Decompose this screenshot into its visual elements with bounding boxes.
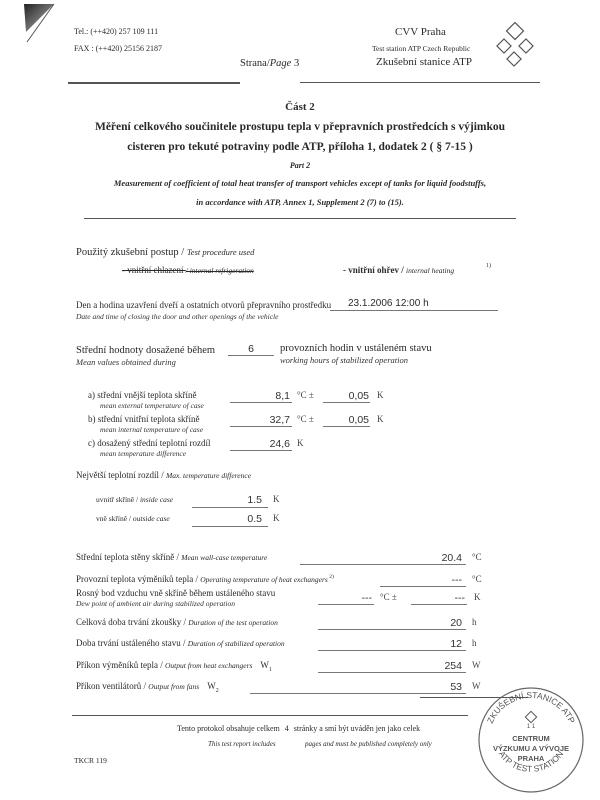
max-diff-row-underline — [192, 507, 268, 508]
footer-note-cz: Tento protokol obsahuje celkem 4 stránky… — [177, 724, 420, 733]
header-divider-right — [300, 82, 540, 83]
measurement-value: --- — [318, 592, 372, 604]
org-sub: Test station ATP Czech Republic — [372, 44, 470, 53]
max-diff-row-value: 0.5 — [192, 513, 262, 525]
max-diff-label: Největší teplotní rozdíl / Max. temperat… — [76, 470, 251, 480]
measurement-underline — [250, 693, 466, 694]
mean-values-label-en: Mean values obtained during — [76, 357, 176, 367]
measurement-label: Celková doba trvání zkoušky / Duration o… — [76, 617, 278, 627]
mean-row-label-cz: a) střední vnější teplota skříně — [88, 390, 196, 400]
closing-value: 23.1.2006 12:00 h — [348, 298, 429, 309]
part-title-en: Part 2 — [0, 161, 600, 170]
org-name: CVV Praha — [395, 26, 446, 38]
mean-row-underline — [230, 450, 292, 451]
title-line1-en: Measurement of coefficient of total heat… — [0, 178, 600, 188]
max-diff-row-unit: K — [273, 513, 280, 523]
mean-row-unit: K — [297, 438, 304, 448]
svg-text:PRAHA: PRAHA — [518, 754, 545, 763]
mean-row-label-en: mean external temperature of case — [100, 401, 204, 410]
measurement-value: 20.4 — [300, 552, 462, 564]
measurement-underline — [318, 650, 466, 651]
diamond-logo-icon — [495, 22, 537, 74]
measurement-unit: W — [472, 660, 481, 670]
part-title-cz: Část 2 — [0, 101, 600, 113]
mean-row-tolerance-underline — [323, 402, 370, 403]
max-diff-row-underline — [192, 526, 268, 527]
mean-hours-value: 6 — [228, 343, 274, 355]
measurement-tolerance-unit: K — [474, 592, 481, 602]
mean-row-value: 8,1 — [230, 390, 290, 402]
mean-row-value: 24,6 — [230, 438, 290, 450]
measurement-underline — [318, 604, 374, 605]
measurement-underline — [300, 564, 466, 565]
footnote-1: 1) — [486, 263, 491, 269]
mean-hours-underline — [228, 355, 274, 356]
measurement-label: Provozní teplota výměníků tepla / Operat… — [76, 574, 334, 584]
mean-row-tolerance: 0,05 — [323, 390, 369, 402]
measurement-tolerance-underline — [411, 604, 467, 605]
closing-underline — [330, 310, 498, 311]
measurement-label-cz: Rosný bod vzduchu vně skříně během ustál… — [76, 588, 275, 598]
procedure-option-refrigeration: - vnitřní chlazení / internal refrigerat… — [122, 265, 254, 275]
title-line2-en: in accordance with ATP, Annex 1, Supplem… — [0, 197, 600, 207]
measurement-tolerance: --- — [411, 592, 465, 604]
measurement-underline — [318, 672, 466, 673]
footer-note-en-b: pages and must be published completely o… — [305, 740, 432, 748]
measurement-unit: °C — [472, 574, 482, 584]
mean-values-label-cz: Střední hodnoty dosažené během — [76, 345, 215, 356]
footer-note-en-a: This test report includes — [208, 740, 276, 748]
header-tel: Tel.: (++420) 257 109 111 — [74, 27, 158, 36]
measurement-label: Střední teplota stěny skříně / Mean wall… — [76, 552, 267, 562]
header-fax: FAX : (++420) 25156 2187 — [74, 44, 162, 53]
procedure-option-heating: - vnitřní ohřev / internal heating — [343, 265, 454, 275]
svg-text:VÝZKUMU A VÝVOJE: VÝZKUMU A VÝVOJE — [493, 744, 569, 753]
measurement-value: 12 — [318, 638, 462, 650]
mean-row-label-cz: b) střední vnitřní teplota skříně — [88, 414, 199, 424]
mean-row-unit: °C ± — [297, 390, 314, 400]
mean-row-unit: °C ± — [297, 414, 314, 424]
page-number: Strana/Page 3 — [240, 58, 299, 69]
title-line2-cz: cisteren pro tekuté potraviny podle ATP,… — [0, 141, 600, 153]
mean-row-underline — [230, 402, 292, 403]
measurement-underline — [318, 629, 466, 630]
official-stamp: ZKUŠEBNÍ STANICE ATP ATP TEST STATION 1 … — [475, 684, 587, 796]
max-diff-row-label: uvnitř skříně / inside case — [96, 495, 173, 504]
measurement-label: Příkon výměníků tepla / Output from heat… — [76, 660, 272, 673]
document-code: TKCR 119 — [74, 756, 107, 765]
measurement-unit: °C — [472, 552, 482, 562]
corner-logo-icon — [22, 2, 58, 44]
measurement-value: 20 — [318, 617, 462, 629]
mean-row-label-en: mean temperature difference — [100, 449, 186, 458]
max-diff-row-unit: K — [273, 494, 280, 504]
svg-text:1 1: 1 1 — [527, 724, 536, 730]
measurement-unit: h — [472, 638, 477, 648]
measurement-label: Doba trvání ustáleného stavu / Duration … — [76, 638, 285, 648]
mean-values-suffix-cz: provozních hodin v ustáleném stavu — [280, 343, 432, 354]
measurement-label-en: Dew point of ambient air during stabiliz… — [76, 599, 235, 608]
measurement-value: 53 — [250, 681, 462, 693]
closing-label-cz: Den a hodina uzavření dveří a ostatních … — [76, 300, 331, 310]
svg-text:CENTRUM: CENTRUM — [512, 734, 550, 743]
closing-label-en: Date and time of closing the door and ot… — [76, 312, 278, 321]
max-diff-row-value: 1.5 — [192, 494, 262, 506]
mean-row-underline — [230, 426, 292, 427]
mean-row-tolerance-underline — [323, 426, 370, 427]
measurement-value: --- — [380, 574, 462, 586]
stamp-line — [420, 697, 528, 698]
measurement-label: Příkon ventilátorů / Output from fansW2 — [76, 681, 219, 694]
org-cz: Zkušební stanice ATP — [376, 56, 472, 68]
measurement-unit: °C ± — [380, 592, 397, 602]
mean-row-tolerance: 0,05 — [323, 414, 369, 426]
mean-row-tolerance-unit: K — [377, 414, 384, 424]
mean-row-value: 32,7 — [230, 414, 290, 426]
mean-row-label-en: mean internal temperature of case — [100, 425, 203, 434]
measurement-unit: h — [472, 617, 477, 627]
footer-divider — [72, 715, 468, 716]
title-line1-cz: Měření celkového součinitele prostupu te… — [0, 121, 600, 133]
mean-row-label-cz: c) dosažený střední teplotní rozdíl — [88, 438, 210, 448]
svg-text:ZKUŠEBNÍ STANICE ATP: ZKUŠEBNÍ STANICE ATP — [485, 690, 577, 725]
title-divider — [84, 218, 516, 219]
procedure-label: Použitý zkušební postup / Test procedure… — [76, 247, 254, 258]
mean-values-suffix-en: working hours of stabilized operation — [280, 355, 408, 365]
measurement-underline — [380, 586, 466, 587]
mean-row-tolerance-unit: K — [377, 390, 384, 400]
max-diff-row-label: vně skříně / outside case — [96, 514, 170, 523]
header-divider-left — [68, 82, 240, 84]
measurement-value: 254 — [318, 660, 462, 672]
